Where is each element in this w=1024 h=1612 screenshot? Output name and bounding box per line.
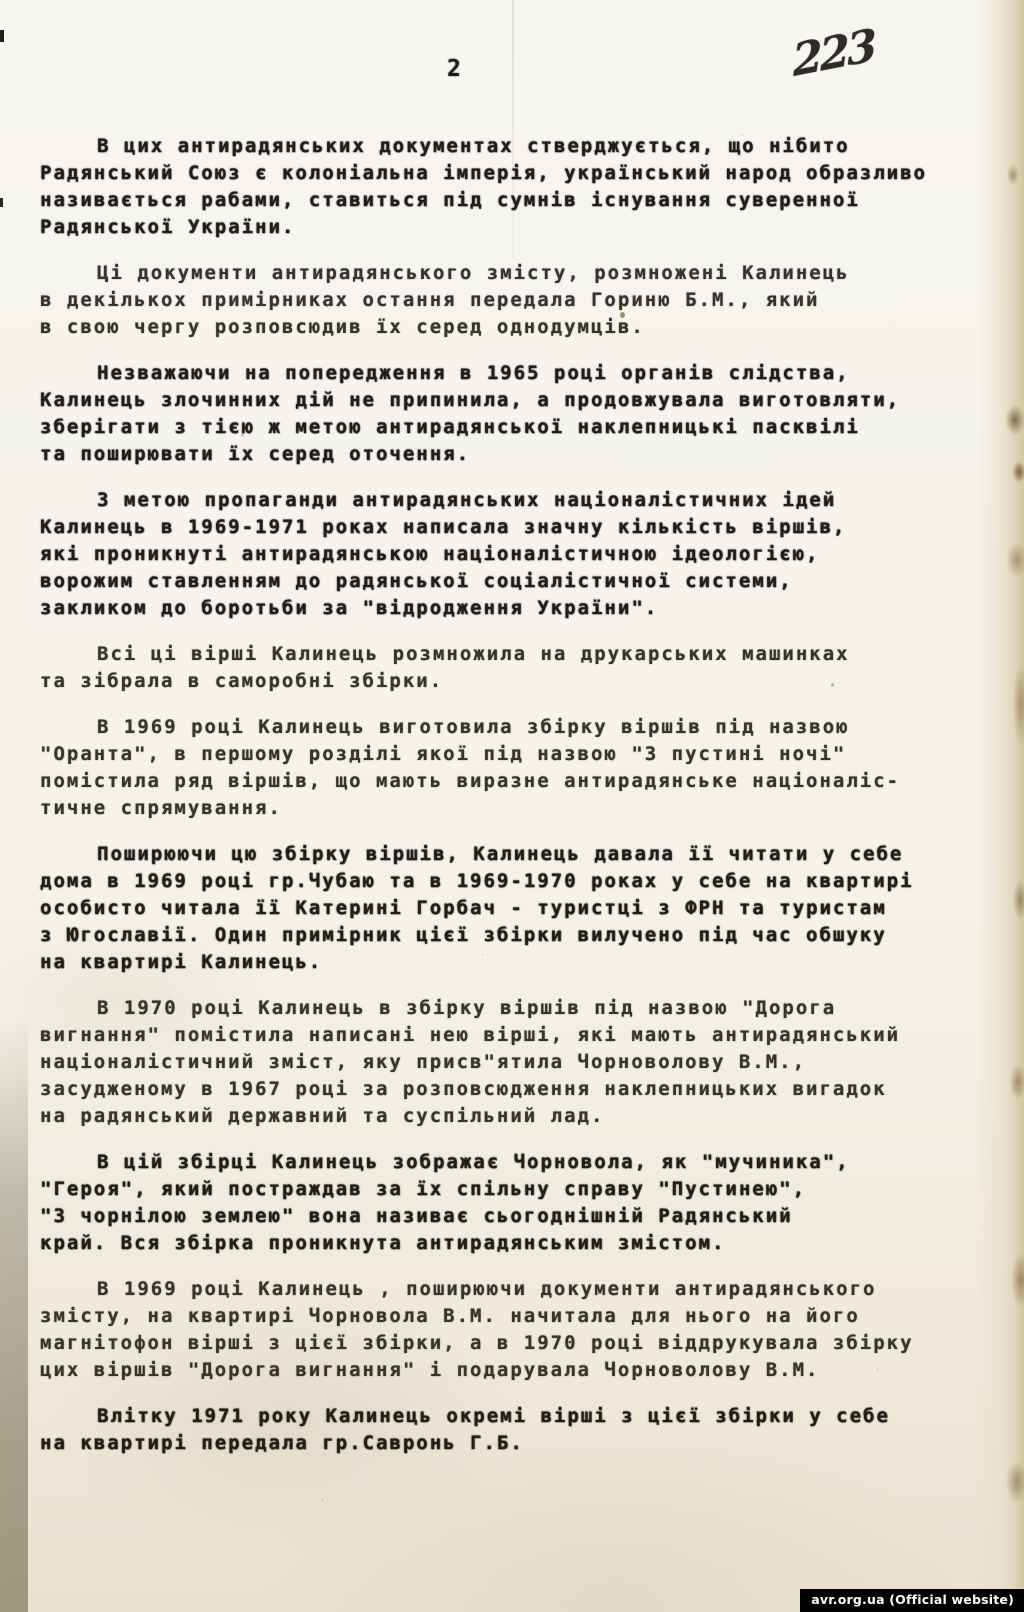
paragraph: В 1970 році Калинець в збірку віршів під… xyxy=(40,995,966,1130)
paragraph: В цій збірці Калинець зображає Чорновола… xyxy=(40,1149,966,1257)
left-edge-mark xyxy=(0,30,4,42)
paragraph: Поширюючи цю збірку віршів, Калинець дав… xyxy=(40,841,966,976)
left-page-edge-shadow xyxy=(0,1020,28,1612)
paragraph: Всі ці вірші Калинець розмножила на друк… xyxy=(40,641,966,695)
page-number: 2 xyxy=(447,58,461,81)
left-edge-mark xyxy=(0,198,3,207)
paragraph: В 1969 році Калинець виготовила збірку в… xyxy=(40,714,966,822)
paragraph: Влітку 1971 року Калинець окремі вірші з… xyxy=(40,1403,966,1457)
torn-right-edge xyxy=(976,0,1024,1612)
paragraph: З метою пропаганди антирадянських націон… xyxy=(40,487,966,622)
paragraph: Ці документи антирадянського змісту, роз… xyxy=(40,260,966,341)
paragraph: В 1969 році Калинець , поширюючи докумен… xyxy=(40,1276,966,1384)
website-watermark: avr.org.ua (Official website) xyxy=(800,1589,1024,1612)
document-body: В цих антирадянських документах стверджу… xyxy=(40,133,966,1476)
paragraph: В цих антирадянських документах стверджу… xyxy=(40,133,966,241)
paragraph: Незважаючи на попередження в 1965 році о… xyxy=(40,360,966,468)
handwritten-folio-number: 223 xyxy=(792,24,876,84)
scanned-document-page: 2 223 В цих антирадянських документах ст… xyxy=(0,0,1024,1612)
